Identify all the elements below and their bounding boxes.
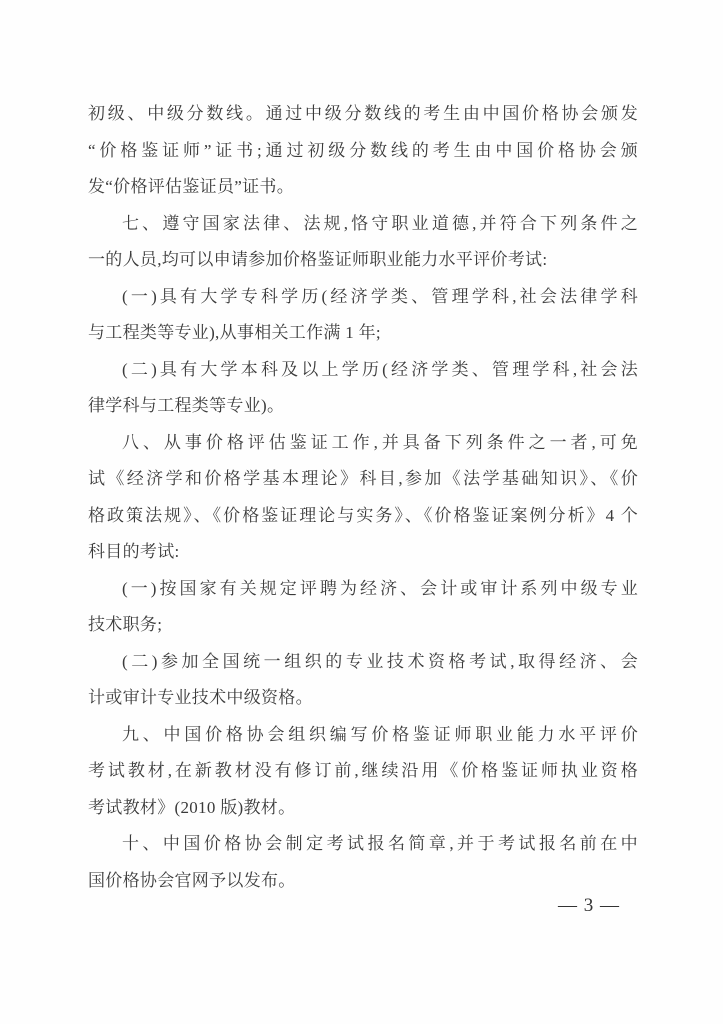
document-body: 初级、中级分数线。通过中级分数线的考生由中国价格协会颁发 “价格鉴证师”证书;通… bbox=[88, 96, 638, 899]
text-line: “价格鉴证师”证书;通过初级分数线的考生由中国价格协会颁 bbox=[88, 133, 638, 170]
paragraph-item-8-sub-2: (二)参加全国统一组织的专业技术资格考试,取得经济、会 计或审计专业技术中级资格… bbox=[88, 644, 638, 717]
text-line: 初级、中级分数线。通过中级分数线的考生由中国价格协会颁发 bbox=[88, 96, 638, 133]
text-line: 九、中国价格协会组织编写价格鉴证师职业能力水平评价 bbox=[88, 717, 638, 754]
text-line: 技术职务; bbox=[88, 607, 638, 644]
text-line: 考试教材》(2010 版)教材。 bbox=[88, 790, 638, 827]
text-line: 试《经济学和价格学基本理论》科目,参加《法学基础知识》、《价 bbox=[88, 461, 638, 498]
paragraph-item-9: 九、中国价格协会组织编写价格鉴证师职业能力水平评价 考试教材,在新教材没有修订前… bbox=[88, 717, 638, 827]
text-line: 律学科与工程类等专业)。 bbox=[88, 388, 638, 425]
page-number: — 3 — bbox=[88, 891, 620, 921]
text-line: 一的人员,均可以申请参加价格鉴证师职业能力水平评价考试: bbox=[88, 242, 638, 279]
paragraph-item-7: 七、遵守国家法律、法规,恪守职业道德,并符合下列条件之 一的人员,均可以申请参加… bbox=[88, 206, 638, 279]
document-page: 初级、中级分数线。通过中级分数线的考生由中国价格协会颁发 “价格鉴证师”证书;通… bbox=[0, 0, 723, 1024]
text-line: (一)按国家有关规定评聘为经济、会计或审计系列中级专业 bbox=[88, 571, 638, 608]
text-line: (二)参加全国统一组织的专业技术资格考试,取得经济、会 bbox=[88, 644, 638, 681]
paragraph-item-8: 八、从事价格评估鉴证工作,并具备下列条件之一者,可免 试《经济学和价格学基本理论… bbox=[88, 425, 638, 571]
text-line: 科目的考试: bbox=[88, 534, 638, 571]
paragraph-item-7-sub-1: (一)具有大学专科学历(经济学类、管理学科,社会法律学科 与工程类等专业),从事… bbox=[88, 279, 638, 352]
text-line: 十、中国价格协会制定考试报名简章,并于考试报名前在中 bbox=[88, 826, 638, 863]
paragraph-item-10: 十、中国价格协会制定考试报名简章,并于考试报名前在中 国价格协会官网予以发布。 bbox=[88, 826, 638, 899]
text-line: 计或审计专业技术中级资格。 bbox=[88, 680, 638, 717]
text-line: (一)具有大学专科学历(经济学类、管理学科,社会法律学科 bbox=[88, 279, 638, 316]
text-line: 七、遵守国家法律、法规,恪守职业道德,并符合下列条件之 bbox=[88, 206, 638, 243]
text-line: (二)具有大学本科及以上学历(经济学类、管理学科,社会法 bbox=[88, 352, 638, 389]
text-line: 八、从事价格评估鉴证工作,并具备下列条件之一者,可免 bbox=[88, 425, 638, 462]
text-line: 发“价格评估鉴证员”证书。 bbox=[88, 169, 638, 206]
text-line: 考试教材,在新教材没有修订前,继续沿用《价格鉴证师执业资格 bbox=[88, 753, 638, 790]
paragraph-item-8-sub-1: (一)按国家有关规定评聘为经济、会计或审计系列中级专业 技术职务; bbox=[88, 571, 638, 644]
text-line: 格政策法规》、《价格鉴证理论与实务》、《价格鉴证案例分析》4 个 bbox=[88, 498, 638, 535]
paragraph-continuation: 初级、中级分数线。通过中级分数线的考生由中国价格协会颁发 “价格鉴证师”证书;通… bbox=[88, 96, 638, 206]
text-line: 与工程类等专业),从事相关工作满 1 年; bbox=[88, 315, 638, 352]
paragraph-item-7-sub-2: (二)具有大学本科及以上学历(经济学类、管理学科,社会法 律学科与工程类等专业)… bbox=[88, 352, 638, 425]
